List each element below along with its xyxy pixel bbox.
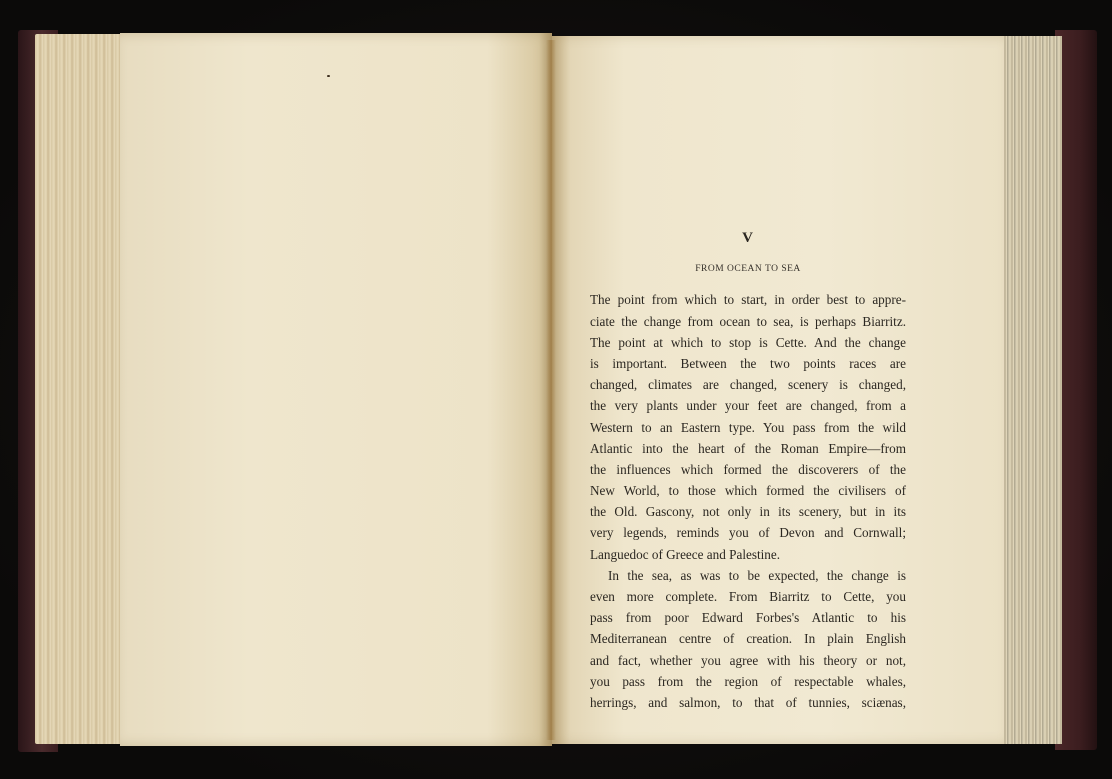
text-line: herrings, and salmon, to that of tunnies… bbox=[590, 692, 906, 713]
text-line: the very plants under your feet are chan… bbox=[590, 395, 906, 416]
text-line: The point at which to stop is Cette. And… bbox=[590, 332, 906, 353]
left-page bbox=[120, 33, 552, 746]
text-line: In the sea, as was to be expected, the c… bbox=[590, 565, 906, 586]
text-line: pass from poor Edward Forbes's Atlantic … bbox=[590, 607, 906, 628]
text-line: ciate the change from ocean to sea, is p… bbox=[590, 311, 906, 332]
page-edges-left bbox=[35, 34, 130, 744]
text-line: the Old. Gascony, not only in its scener… bbox=[590, 501, 906, 522]
text-line: very legends, reminds you of Devon and C… bbox=[590, 522, 906, 543]
chapter-title: FROM OCEAN TO SEA bbox=[590, 259, 906, 280]
text-line: and fact, whether you agree with his the… bbox=[590, 650, 906, 671]
text-line: even more complete. From Biarritz to Cet… bbox=[590, 586, 906, 607]
text-line: Languedoc of Greece and Palestine. bbox=[590, 544, 906, 565]
text-line: Atlantic into the heart of the Roman Emp… bbox=[590, 438, 906, 459]
text-line: Mediterranean centre of creation. In pla… bbox=[590, 628, 906, 649]
text-line: changed, climates are changed, scenery i… bbox=[590, 374, 906, 395]
photo-background: V FROM OCEAN TO SEA The point from which… bbox=[0, 0, 1112, 779]
text-line: you pass from the region of respectable … bbox=[590, 671, 906, 692]
text-line: New World, to those which formed the civ… bbox=[590, 480, 906, 501]
page-edges-right bbox=[1000, 36, 1062, 744]
text-line: is important. Between the two points rac… bbox=[590, 353, 906, 374]
book-gutter bbox=[546, 40, 556, 740]
text-line: Western to an Eastern type. You pass fro… bbox=[590, 417, 906, 438]
paper-speck bbox=[327, 75, 330, 77]
text-line: the influences which formed the discover… bbox=[590, 459, 906, 480]
right-page-text: V FROM OCEAN TO SEA The point from which… bbox=[590, 228, 906, 713]
text-line: The point from which to start, in order … bbox=[590, 289, 906, 310]
chapter-number: V bbox=[590, 228, 906, 249]
